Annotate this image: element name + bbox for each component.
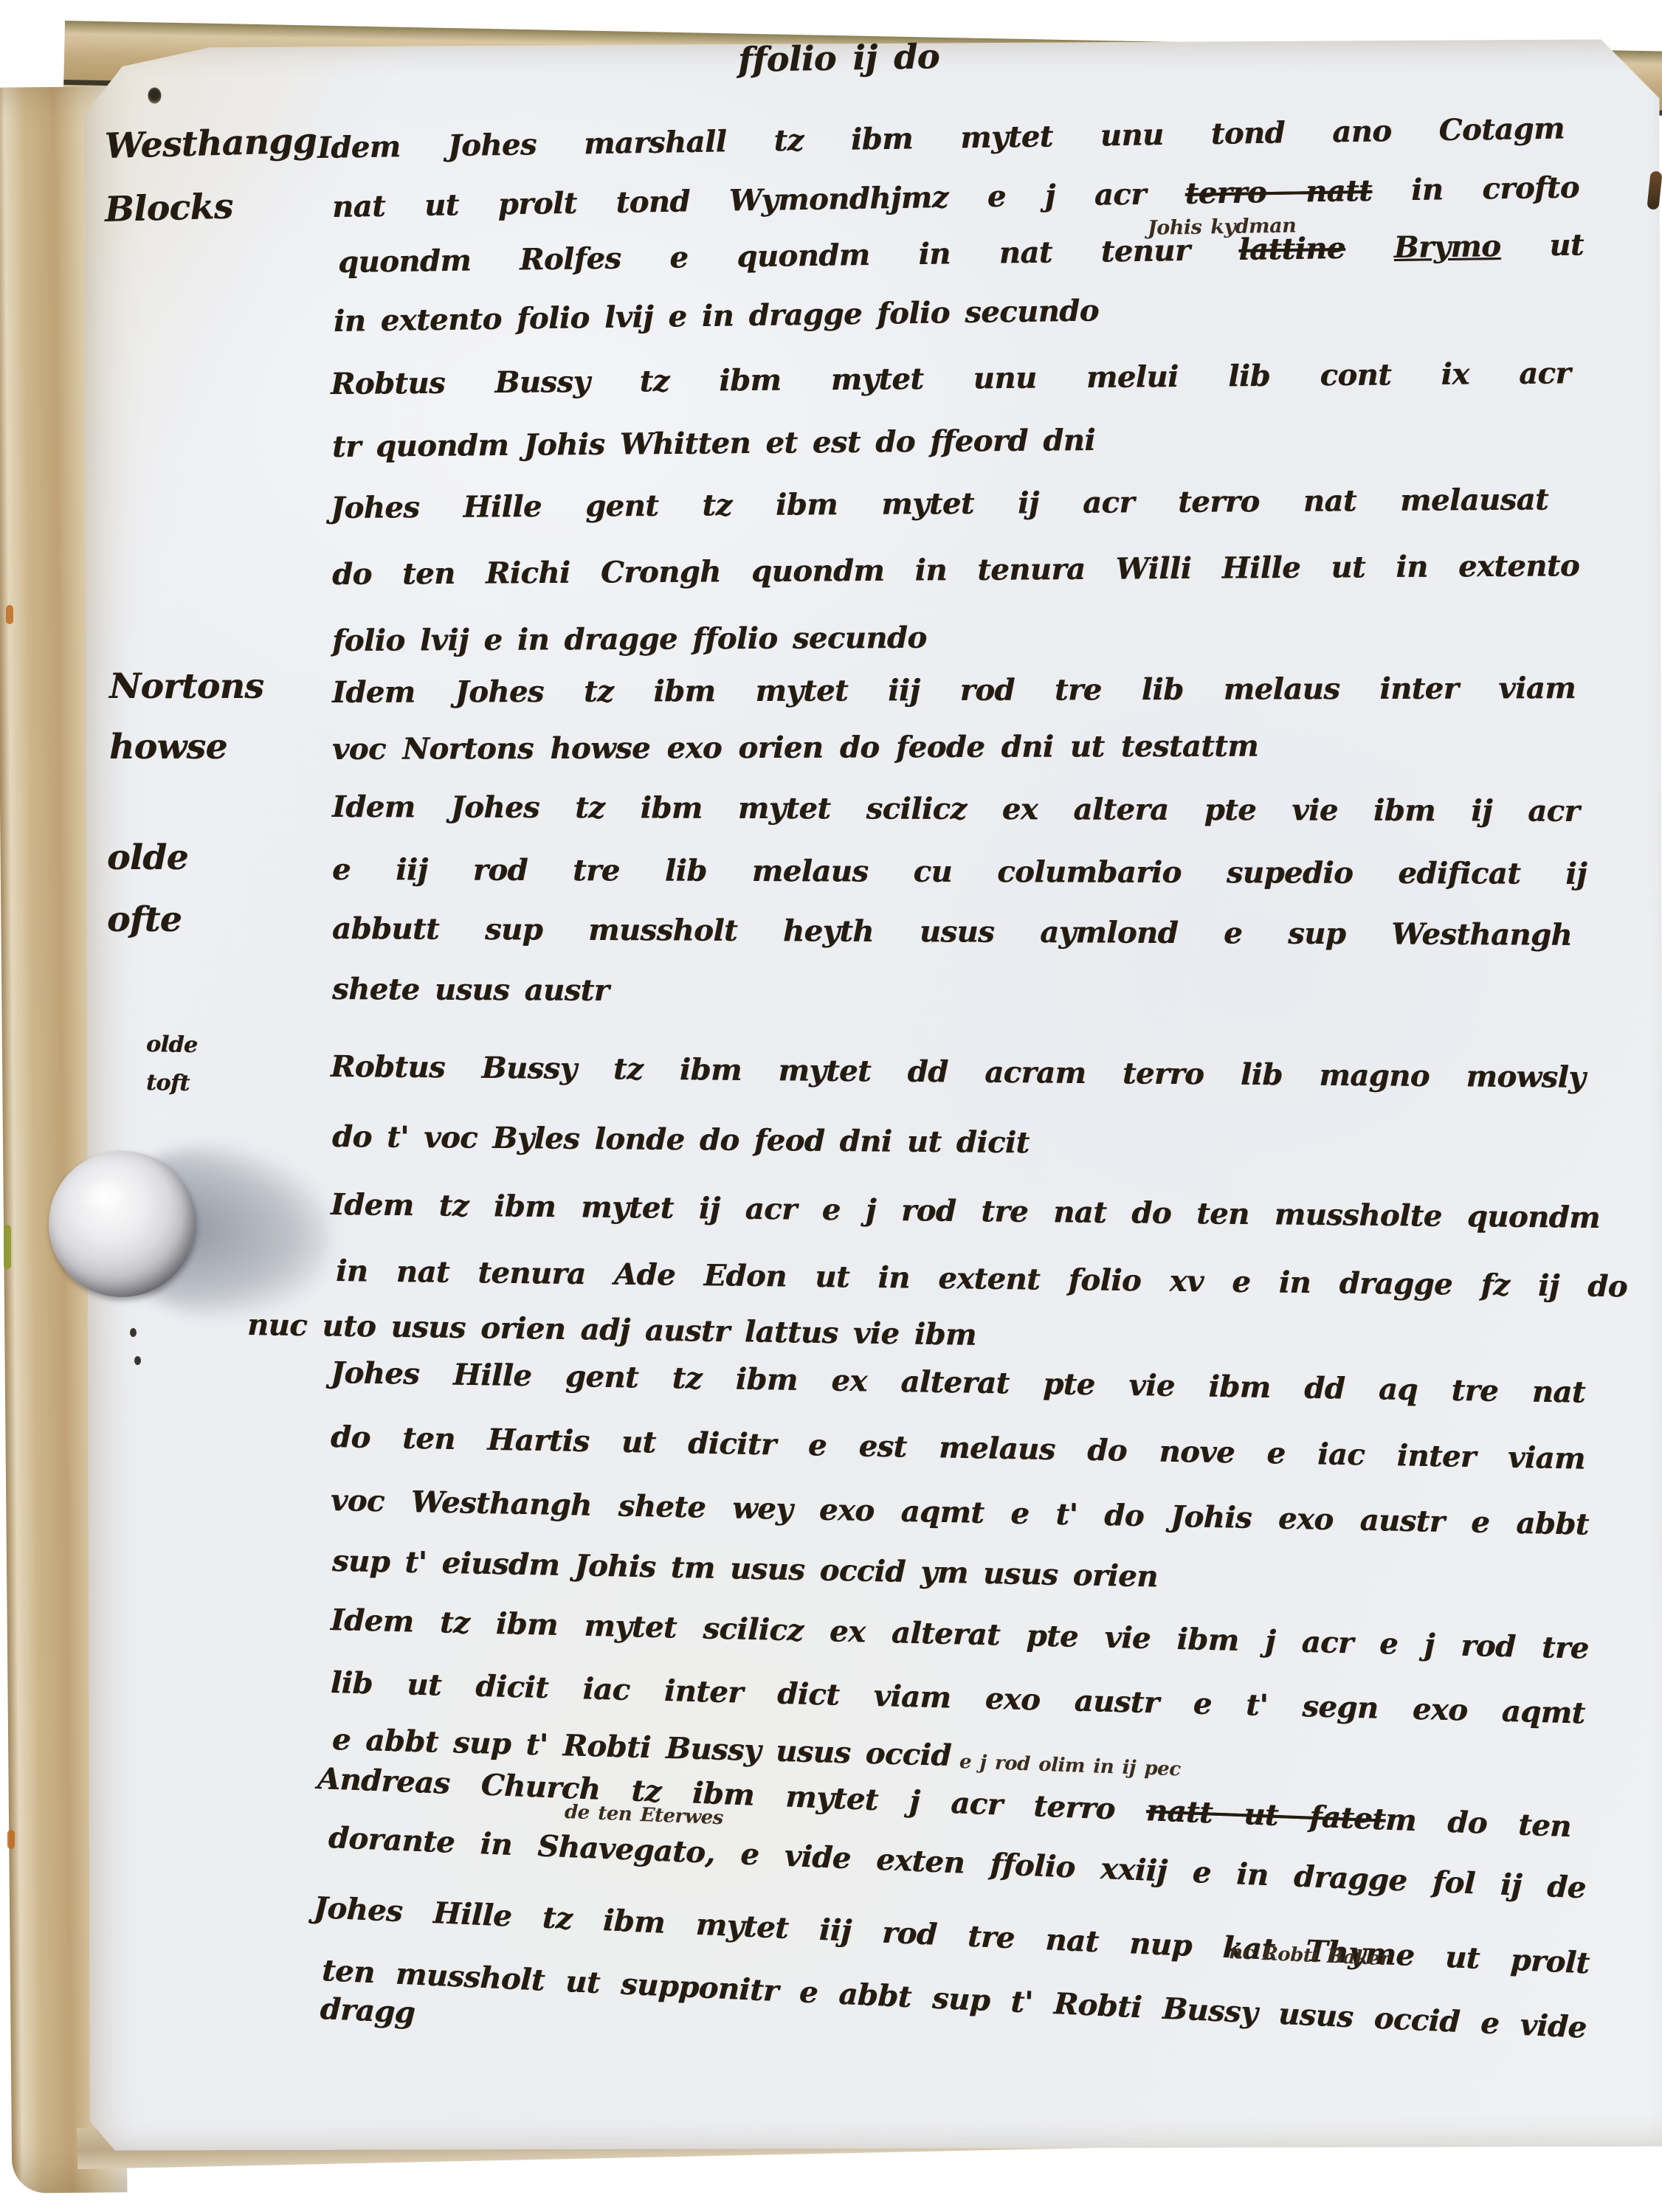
manuscript-line: Idem Johes tz ibm mytet iij rod tre lib … bbox=[332, 669, 1576, 712]
manuscript-line: Johes Hille gent tz ibm ex alterat pte v… bbox=[331, 1354, 1586, 1412]
manuscript-line: abbutt sup mussholt heyth usus aymlond e… bbox=[332, 910, 1572, 955]
manuscript-line: voc Nortons howse exo orien do feode dni… bbox=[332, 727, 1258, 769]
manuscript-line: tr quondm Johis Whitten et est do ffeord… bbox=[332, 421, 1095, 466]
margin-note: olde bbox=[107, 835, 188, 880]
manuscript-line: in nat tenura Ade Edon ut in extent foli… bbox=[336, 1252, 1628, 1306]
manuscript-word-group: terro natt bbox=[1185, 173, 1372, 211]
manuscript-line: in extento folio lvij e in dragge folio … bbox=[334, 292, 1100, 341]
margin-note: olde bbox=[146, 1030, 198, 1060]
manuscript-line: Idem tz ibm mytet scilicz ex alterat pte… bbox=[330, 1601, 1589, 1668]
manuscript-line: e iij rod tre lib melaus cu columbario s… bbox=[332, 851, 1587, 894]
folio-heading: ffolio ij do bbox=[737, 35, 939, 83]
manuscript-line: quondm Rolfes e quondm in nat tenur latt… bbox=[338, 226, 1585, 282]
manuscript-line: lib ut dicit iac inter dict viam exo aus… bbox=[330, 1664, 1585, 1733]
manuscript-line: Johes Hille gent tz ibm mytet ij acr ter… bbox=[331, 480, 1548, 528]
manuscript-line: sup t' eiusdm Johis tm usus occid ym usu… bbox=[332, 1542, 1159, 1596]
manuscript-line: do t' voc Byles londe do feod dni ut dic… bbox=[332, 1118, 1030, 1162]
manuscript-word-group: in crofto bbox=[1372, 170, 1580, 207]
margin-note: Blocks bbox=[104, 184, 233, 232]
margin-note: Nortons bbox=[109, 664, 263, 709]
manuscript-line: Idem Johes tz ibm mytet scilicz ex alter… bbox=[332, 788, 1579, 831]
manuscript-line: nat ut prolt tond Wymondhjmz e j acr ter… bbox=[332, 168, 1580, 227]
manuscript-line: Idem tz ibm mytet ij acr e j rod tre nat… bbox=[331, 1186, 1600, 1237]
manuscript-word-group: ut bbox=[1500, 227, 1584, 263]
manuscript-word-group: quondm Rolfes e quondm in nat tenur bbox=[338, 232, 1239, 280]
text-layer: ffolio ij do Idem Johes marshall tz ibm … bbox=[0, 0, 1662, 2212]
manuscript-word-group: m do ten bbox=[1385, 1803, 1571, 1845]
interlinear-note: Johis kydman bbox=[1148, 212, 1297, 241]
manuscript-word-group bbox=[1345, 230, 1394, 266]
manuscript-photo: ffolio ij do Idem Johes marshall tz ibm … bbox=[0, 0, 1662, 2212]
manuscript-line: do ten Richi Crongh quondm in tenura Wil… bbox=[332, 547, 1579, 594]
manuscript-line: Robtus Bussy tz ibm mytet dd acram terro… bbox=[331, 1048, 1585, 1097]
manuscript-line: voc Westhangh shete wey exo aqmt e t' do… bbox=[331, 1482, 1590, 1544]
manuscript-line: Robtus Bussy tz ibm mytet unu melui lib … bbox=[331, 354, 1570, 404]
manuscript-line: Idem Johes marshall tz ibm mytet unu ton… bbox=[317, 109, 1565, 167]
manuscript-line: nuc uto usus orien adj austr lattus vie … bbox=[247, 1306, 976, 1355]
manuscript-word-group: nat ut prolt tond Wymondhjmz e j acr bbox=[332, 176, 1185, 224]
margin-note: howse bbox=[109, 725, 227, 770]
manuscript-line: folio lvij e in dragge ffolio secundo bbox=[332, 619, 927, 660]
interlinear-note: de ten Eterwes bbox=[564, 1800, 723, 1831]
manuscript-line: do ten Hartis ut dicitr e est melaus do … bbox=[331, 1418, 1586, 1479]
margin-note: ofte bbox=[107, 897, 182, 942]
margin-note: toft bbox=[146, 1068, 190, 1098]
margin-note: Westhangg bbox=[104, 118, 317, 169]
interlinear-note: e j rod olim in ij pec bbox=[959, 1750, 1181, 1783]
manuscript-line: shete usus austr bbox=[332, 970, 609, 1010]
manuscript-word-group: Brymo bbox=[1393, 229, 1500, 265]
manuscript-word-group: natt ut fatet bbox=[1145, 1793, 1386, 1836]
